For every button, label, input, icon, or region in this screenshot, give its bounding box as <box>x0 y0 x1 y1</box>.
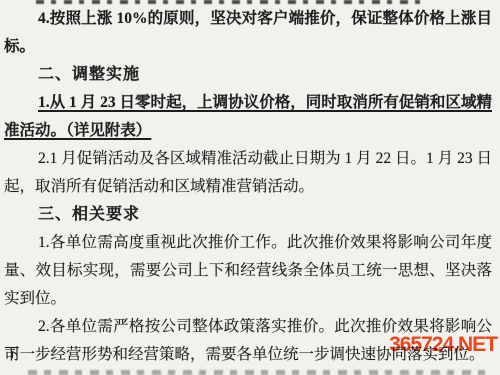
document-body: 4.按照上涨 10%的原则，坚决对客户端推价，保证整体价格上涨目标。二、调整实施… <box>4 5 492 369</box>
paragraph-heading-3: 三、相关要求 <box>4 201 492 229</box>
paragraph-item-3-1: 1.各单位需高度重视此次推价工作。此次推价效果将影响公司年度量、效目标实现，需要… <box>4 229 492 313</box>
paragraph-item-2-1: 1.从 1 月 23 日零时起，上调协议价格，同时取消所有促销和区域精准活动。（… <box>4 89 492 145</box>
text-line: 4.按照上涨 10%的原则，坚决对客户端推价，保证整体价格上涨目 <box>4 5 492 33</box>
paragraph-item-4: 4.按照上涨 10%的原则，坚决对客户端推价，保证整体价格上涨目标。 <box>4 5 492 61</box>
paragraph-heading-2: 二、调整实施 <box>4 61 492 89</box>
text-line: 标。 <box>4 33 492 61</box>
text-line: 1.各单位需高度重视此次推价工作。此次推价效果将影响公司年度 <box>4 229 492 257</box>
text-line: 起，取消所有促销活动和区域精准营销活动。 <box>4 173 492 201</box>
text-line: 1.从 1 月 23 日零时起，上调协议价格，同时取消所有促销和区域精 <box>4 89 492 117</box>
text-line: 三、相关要求 <box>4 201 492 229</box>
watermark: 365724.NET <box>389 333 497 357</box>
clipped-line-bottom <box>28 370 490 375</box>
paragraph-item-2-2: 2.1 月促销活动及各区域精准活动截止日期为 1 月 22 日。1 月 23 日… <box>4 145 492 201</box>
text-line: 准活动。（详见附表） <box>4 117 492 145</box>
clipped-line-top <box>36 0 426 4</box>
text-line: 量、效目标实现，需要公司上下和经营线条全体员工统一思想、坚决落 <box>4 257 492 285</box>
document-page: 4.按照上涨 10%的原则，坚决对客户端推价，保证整体价格上涨目标。二、调整实施… <box>0 0 500 375</box>
text-line: 二、调整实施 <box>4 61 492 89</box>
text-line: 实到位。 <box>4 285 492 313</box>
text-line: 2.1 月促销活动及各区域精准活动截止日期为 1 月 22 日。1 月 23 日 <box>4 145 492 173</box>
